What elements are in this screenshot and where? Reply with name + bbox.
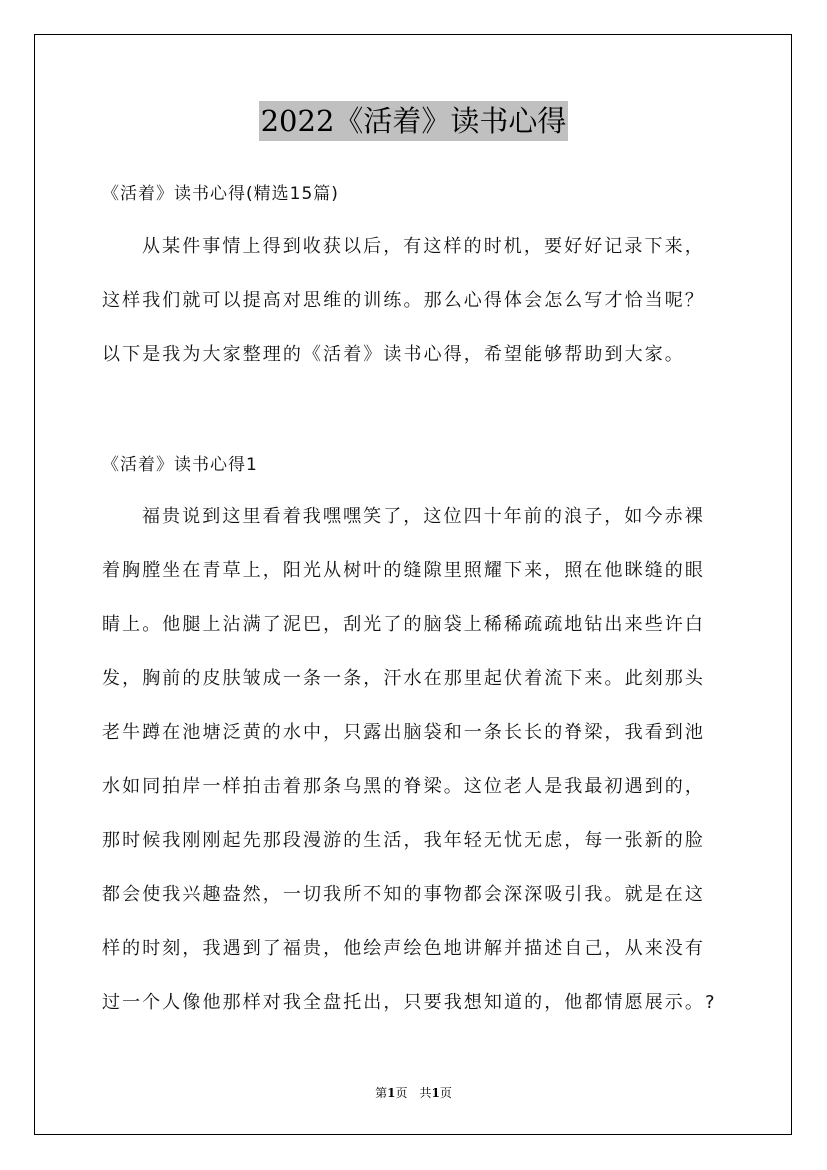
total-suffix: 页 bbox=[440, 1086, 452, 1100]
body-line: 福贵说到这里看着我嘿嘿笑了，这位四十年前的浪子，如今赤裸 bbox=[142, 505, 705, 529]
page-prefix: 第 bbox=[375, 1086, 387, 1100]
body-line: 样的时刻，我遇到了福贵，他绘声绘色地讲解并描述自己，从来没有 bbox=[102, 937, 705, 961]
section-heading: 《活着》读书心得1 bbox=[102, 453, 258, 477]
total-pages: 1 bbox=[432, 1086, 440, 1100]
intro-line: 以下是我为大家整理的《活着》读书心得，希望能够帮助到大家。 bbox=[102, 343, 685, 367]
title-container: 2022《活着》读书心得 bbox=[0, 101, 827, 141]
intro-line: 从某件事情上得到收获以后，有这样的时机，要好好记录下来， bbox=[142, 235, 705, 259]
body-line: 老牛蹲在池塘泛黄的水中，只露出脑袋和一条长长的脊梁，我看到池 bbox=[102, 721, 705, 745]
intro-line: 这样我们就可以提高对思维的训练。那么心得体会怎么写才恰当呢？ bbox=[102, 289, 705, 313]
body-line: 过一个人像他那样对我全盘托出，只要我想知道的，他都情愿展示。? bbox=[102, 991, 717, 1015]
document-title: 2022《活着》读书心得 bbox=[259, 101, 569, 141]
page-footer: 第1页共1页 bbox=[0, 1084, 827, 1101]
body-line: 发，胸前的皮肤皱成一条一条，汗水在那里起伏着流下来。此刻那头 bbox=[102, 667, 705, 691]
body-line: 睛上。他腿上沾满了泥巴，刮光了的脑袋上稀稀疏疏地钻出来些许白 bbox=[102, 613, 705, 637]
body-line: 着胸膛坐在青草上，阳光从树叶的缝隙里照耀下来，照在他眯缝的眼 bbox=[102, 559, 705, 583]
body-line: 那时候我刚刚起先那段漫游的生活，我年轻无忧无虑，每一张新的脸 bbox=[102, 829, 705, 853]
page-suffix: 页 bbox=[395, 1086, 407, 1100]
document-subtitle: 《活着》读书心得(精选15篇) bbox=[102, 182, 339, 206]
total-prefix: 共 bbox=[420, 1086, 432, 1100]
body-line: 水如同拍岸一样拍击着那条乌黑的脊梁。这位老人是我最初遇到的， bbox=[102, 775, 705, 799]
body-line: 都会使我兴趣盎然，一切我所不知的事物都会深深吸引我。就是在这 bbox=[102, 883, 705, 907]
